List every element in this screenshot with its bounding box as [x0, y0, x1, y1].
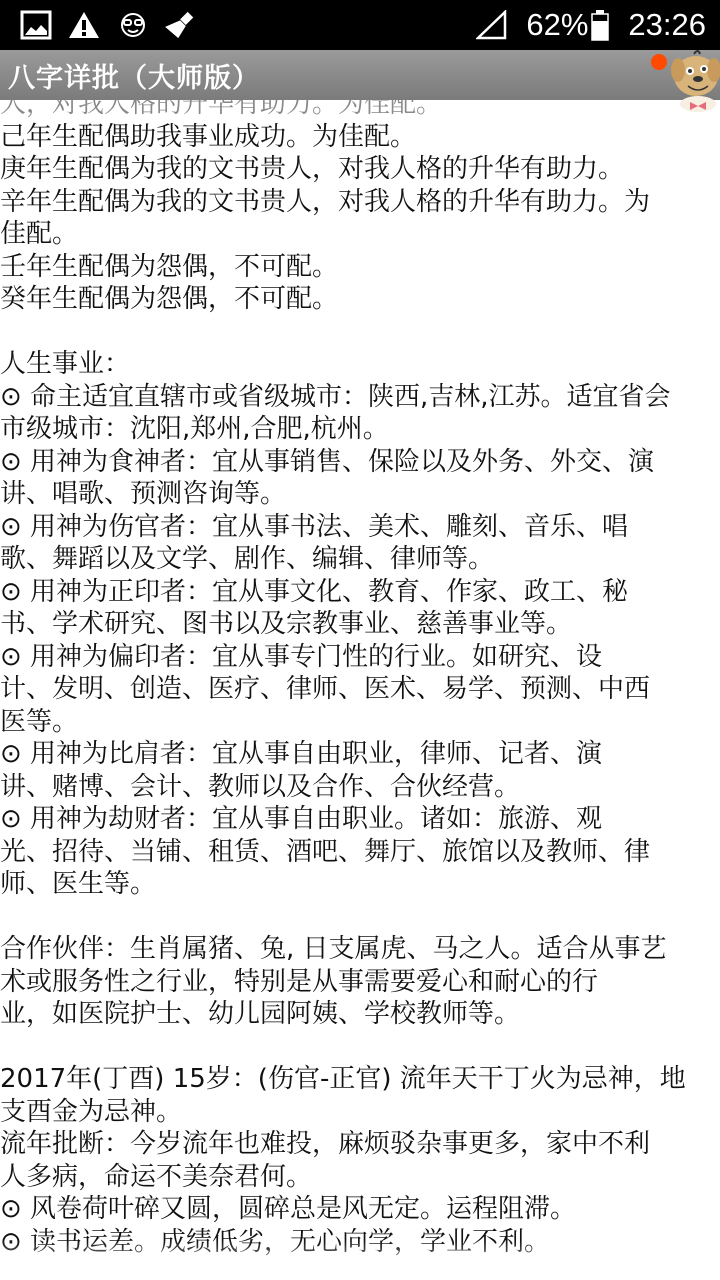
clock: 23:26	[628, 7, 706, 43]
line-text: 合作伙伴：生肖属猪、兔, 日支属虎、马之人。适合从事艺	[0, 934, 667, 964]
line-text: 术或服务性之行业，特别是从事需要爱心和耐心的行	[0, 967, 598, 997]
text-line: 2017年(丁酉) 15岁：(伤官-正官) 流年天干丁火为忌神，地	[0, 1063, 720, 1096]
text-line: 计、发明、创造、医疗、律师、医术、易学、预测、中西	[0, 673, 720, 706]
battery-percent: 62%	[526, 7, 588, 43]
line-text: 癸年生配偶为怨偶，不可配。	[0, 284, 338, 314]
dog-mascot-icon[interactable]	[668, 46, 720, 118]
line-text: 人多病，命运不美奈君何。	[0, 1162, 312, 1192]
scroll-fade	[0, 1240, 720, 1280]
warning-icon	[68, 10, 100, 40]
text-line: 支酉金为忌神。	[0, 1096, 720, 1129]
image-icon	[20, 10, 52, 40]
text-line: 歌、舞蹈以及文学、剧作、编辑、律师等。	[0, 543, 720, 576]
text-line: 流年批断：今岁流年也难投，麻烦驳杂事更多，家中不利	[0, 1128, 720, 1161]
text-line: 庚年生配偶为我的文书贵人，对我人格的升华有助力。	[0, 153, 720, 186]
bullet-icon: ⊙	[0, 641, 30, 674]
line-text: 师、医生等。	[0, 869, 156, 899]
bullet-line: ⊙用神为比肩者：宜从事自由职业，律师、记者、演	[0, 738, 720, 771]
line-text: 己年生配偶助我事业成功。为佳配。	[0, 122, 416, 152]
text-line: 业，如医院护士、幼儿园阿姨、学校教师等。	[0, 998, 720, 1031]
text-line: 书、学术研究、图书以及宗教事业、慈善事业等。	[0, 608, 720, 641]
line-text: 人生事业：	[0, 349, 130, 379]
line-text: 市级城市：沈阳,郑州,合肥,杭州。	[0, 414, 389, 444]
line-text: 用神为伤官者：宜从事书法、美术、雕刻、音乐、唱	[30, 512, 628, 542]
line-text: 业，如医院护士、幼儿园阿姨、学校教师等。	[0, 999, 520, 1029]
text-line: 讲、唱歌、预测咨询等。	[0, 478, 720, 511]
bullet-line: ⊙用神为食神者：宜从事销售、保险以及外务、外交、演	[0, 446, 720, 479]
line-text: 用神为偏印者：宜从事专门性的行业。如研究、设	[30, 642, 602, 672]
text-line: 合作伙伴：生肖属猪、兔, 日支属虎、马之人。适合从事艺	[0, 933, 720, 966]
line-text: 支酉金为忌神。	[0, 1097, 182, 1127]
line-text: 壬年生配偶为怨偶，不可配。	[0, 252, 338, 282]
broom-icon	[162, 10, 202, 40]
bullet-icon: ⊙	[0, 1193, 30, 1226]
text-line: 人多病，命运不美奈君何。	[0, 1161, 720, 1194]
text-line: 癸年生配偶为怨偶，不可配。	[0, 283, 720, 316]
line-text: 流年批断：今岁流年也难投，麻烦驳杂事更多，家中不利	[0, 1129, 650, 1159]
signal-icon	[476, 10, 508, 40]
text-line: 佳配。	[0, 218, 720, 251]
page-title: 八字详批（大师版）	[8, 56, 260, 95]
line-text: 医等。	[0, 707, 78, 737]
line-text: 书、学术研究、图书以及宗教事业、慈善事业等。	[0, 609, 572, 639]
sunglasses-face-icon	[118, 10, 148, 40]
bullet-icon: ⊙	[0, 803, 30, 836]
line-text: 用神为比肩者：宜从事自由职业，律师、记者、演	[30, 739, 602, 769]
bullet-line: ⊙风卷荷叶碎又圆，圆碎总是风无定。运程阻滞。	[0, 1193, 720, 1226]
report-content[interactable]: 人，对我人格的升华有助力。为佳配。己年生配偶助我事业成功。为佳配。庚年生配偶为我…	[0, 88, 720, 1258]
line-text: 2017年(丁酉) 15岁：(伤官-正官) 流年天干丁火为忌神，地	[0, 1064, 686, 1094]
blank-line	[0, 901, 720, 934]
notification-dot[interactable]	[651, 54, 667, 70]
text-line: 光、招待、当铺、租赁、酒吧、舞厅、旅馆以及教师、律	[0, 836, 720, 869]
battery-icon	[590, 9, 610, 41]
blank-line	[0, 1031, 720, 1064]
line-text: 光、招待、当铺、租赁、酒吧、舞厅、旅馆以及教师、律	[0, 837, 650, 867]
text-line: 己年生配偶助我事业成功。为佳配。	[0, 121, 720, 154]
bullet-icon: ⊙	[0, 511, 30, 544]
bullet-line: ⊙用神为偏印者：宜从事专门性的行业。如研究、设	[0, 641, 720, 674]
line-text: 歌、舞蹈以及文学、剧作、编辑、律师等。	[0, 544, 494, 574]
line-text: 庚年生配偶为我的文书贵人，对我人格的升华有助力。	[0, 154, 624, 184]
text-line: 术或服务性之行业，特别是从事需要爱心和耐心的行	[0, 966, 720, 999]
line-text: 用神为正印者：宜从事文化、教育、作家、政工、秘	[30, 577, 628, 607]
line-text: 讲、赌博、会计、教师以及合作、合伙经营。	[0, 772, 520, 802]
text-line: 市级城市：沈阳,郑州,合肥,杭州。	[0, 413, 720, 446]
bullet-line: ⊙用神为劫财者：宜从事自由职业。诸如：旅游、观	[0, 803, 720, 836]
bullet-icon: ⊙	[0, 738, 30, 771]
bullet-icon: ⊙	[0, 381, 30, 414]
bullet-icon: ⊙	[0, 446, 30, 479]
line-text: 用神为劫财者：宜从事自由职业。诸如：旅游、观	[30, 804, 602, 834]
text-line: 讲、赌博、会计、教师以及合作、合伙经营。	[0, 771, 720, 804]
line-text: 用神为食神者：宜从事销售、保险以及外务、外交、演	[30, 447, 654, 477]
status-bar: 62% 23:26	[0, 0, 720, 50]
line-text: 计、发明、创造、医疗、律师、医术、易学、预测、中西	[0, 674, 650, 704]
text-line: 辛年生配偶为我的文书贵人，对我人格的升华有助力。为	[0, 186, 720, 219]
bullet-line: ⊙用神为伤官者：宜从事书法、美术、雕刻、音乐、唱	[0, 511, 720, 544]
title-bar: 八字详批（大师版）	[0, 50, 720, 100]
line-text: 辛年生配偶为我的文书贵人，对我人格的升华有助力。为	[0, 187, 650, 217]
text-line: 师、医生等。	[0, 868, 720, 901]
bullet-icon: ⊙	[0, 576, 30, 609]
line-text: 讲、唱歌、预测咨询等。	[0, 479, 286, 509]
text-line: 壬年生配偶为怨偶，不可配。	[0, 251, 720, 284]
text-line: 人生事业：	[0, 348, 720, 381]
line-text: 命主适宜直辖市或省级城市：陕西,吉林,江苏。适宜省会	[30, 382, 671, 412]
text-line: 医等。	[0, 706, 720, 739]
line-text: 风卷荷叶碎又圆，圆碎总是风无定。运程阻滞。	[30, 1194, 576, 1224]
bullet-line: ⊙命主适宜直辖市或省级城市：陕西,吉林,江苏。适宜省会	[0, 381, 720, 414]
line-text: 佳配。	[0, 219, 78, 249]
blank-line	[0, 316, 720, 349]
bullet-line: ⊙用神为正印者：宜从事文化、教育、作家、政工、秘	[0, 576, 720, 609]
